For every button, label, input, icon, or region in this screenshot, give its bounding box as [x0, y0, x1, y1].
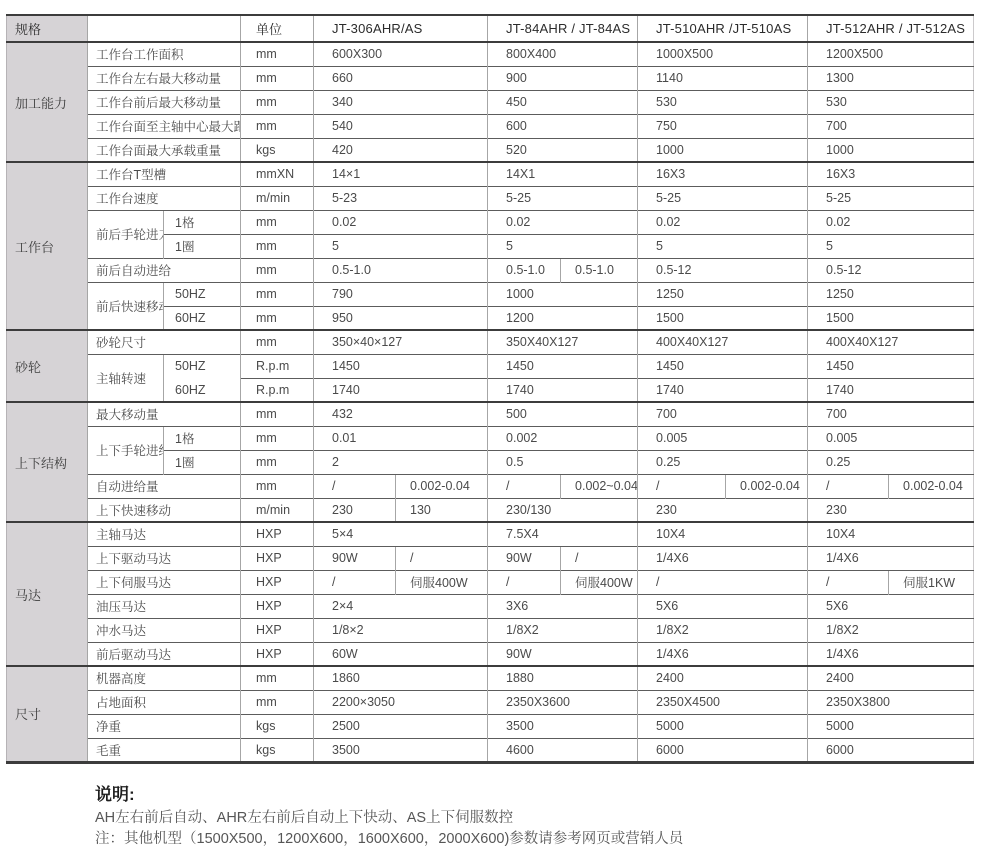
table-row: 净重kgs2500350050005000	[7, 714, 974, 738]
spec-value: 1000X500	[638, 42, 808, 66]
spec-value: 2500	[314, 714, 488, 738]
spec-value: 130	[396, 498, 488, 522]
notes-title: 说明:	[95, 780, 1006, 805]
spec-value: 2400	[638, 666, 808, 690]
spec-value: 530	[808, 90, 974, 114]
unit-value: m/min	[241, 498, 314, 522]
spec-value: 0.02	[808, 210, 974, 234]
row-label: 工作台T型槽	[88, 162, 241, 186]
table-header-row: 规格 单位 JT-306AHR/AS JT-84AHR / JT-84AS JT…	[7, 15, 974, 42]
spec-value: 700	[808, 114, 974, 138]
row-sublabel: 1圈	[164, 234, 241, 258]
unit-value: HXP	[241, 618, 314, 642]
spec-value: 400X40X127	[638, 330, 808, 354]
spec-value: 3500	[314, 738, 488, 762]
row-label: 冲水马达	[88, 618, 241, 642]
table-row: 上下结构最大移动量mm432500700700	[7, 402, 974, 426]
table-row: 自动进给量mm/0.002-0.04/0.002~0.04/0.002-0.04…	[7, 474, 974, 498]
spec-value: 14×1	[314, 162, 488, 186]
spec-value: 950	[314, 306, 488, 330]
spec-value: 790	[314, 282, 488, 306]
spec-value: 伺服400W	[561, 570, 638, 594]
table-row: 前后手轮进刀1格mm0.020.020.020.02	[7, 210, 974, 234]
spec-value: 230	[808, 498, 974, 522]
table-row: 工作台面至主轴中心最大距离mm540600750700	[7, 114, 974, 138]
spec-value: 5-25	[638, 186, 808, 210]
spec-value: 10X4	[808, 522, 974, 546]
spec-value: 0.002-0.04	[726, 474, 808, 498]
table-row: 马达主轴马达HXP5×47.5X410X410X4	[7, 522, 974, 546]
group-label: 工作台	[7, 162, 88, 330]
group-label: 砂轮	[7, 330, 88, 402]
spec-value: 0.002-0.04	[396, 474, 488, 498]
unit-value: mm	[241, 402, 314, 426]
spec-table: 规格 单位 JT-306AHR/AS JT-84AHR / JT-84AS JT…	[6, 14, 974, 764]
spec-value: /	[638, 570, 808, 594]
unit-value: mm	[241, 666, 314, 690]
spec-value: 1740	[488, 378, 638, 402]
spec-value: 0.02	[488, 210, 638, 234]
spec-value: 400X40X127	[808, 330, 974, 354]
spec-value: 1140	[638, 66, 808, 90]
header-model-jt512: JT-512AHR / JT-512AS	[808, 15, 974, 42]
spec-value: 0.25	[638, 450, 808, 474]
unit-value: R.p.m	[241, 378, 314, 402]
spec-value: 450	[488, 90, 638, 114]
unit-value: mm	[241, 114, 314, 138]
row-label: 工作台速度	[88, 186, 241, 210]
spec-value: 5	[488, 234, 638, 258]
unit-value: mm	[241, 690, 314, 714]
spec-value: /	[488, 570, 561, 594]
spec-value: 1860	[314, 666, 488, 690]
row-label: 前后自动进给	[88, 258, 241, 282]
unit-value: HXP	[241, 594, 314, 618]
row-label: 砂轮尺寸	[88, 330, 241, 354]
table-row: 占地面积mm2200×30502350X36002350X45002350X38…	[7, 690, 974, 714]
row-label: 机器高度	[88, 666, 241, 690]
spec-value: 600	[488, 114, 638, 138]
row-sublabel: 60HZ	[164, 378, 241, 402]
unit-value: mm	[241, 258, 314, 282]
row-label: 工作台工作面积	[88, 42, 241, 66]
table-row: 冲水马达HXP1/8×21/8X21/8X21/8X2	[7, 618, 974, 642]
table-row: 工作台左右最大移动量mm66090011401300	[7, 66, 974, 90]
notes-line-2: 注：其他机型（1500X500，1200X600，1600X600，2000X6…	[95, 829, 1006, 851]
notes-line-1: AH左右前后自动、AHR左右前后自动上下快动、AS上下伺服数控	[95, 808, 1006, 830]
spec-value: 1000	[638, 138, 808, 162]
spec-value: 14X1	[488, 162, 638, 186]
spec-value: 1/8X2	[488, 618, 638, 642]
spec-value: 0.02	[314, 210, 488, 234]
spec-value: 420	[314, 138, 488, 162]
spec-value: 4600	[488, 738, 638, 762]
spec-value: 0.5	[488, 450, 638, 474]
spec-value: 1450	[314, 354, 488, 378]
spec-value: 7.5X4	[488, 522, 638, 546]
row-label: 净重	[88, 714, 241, 738]
unit-value: mm	[241, 450, 314, 474]
row-label: 主轴转速	[88, 354, 164, 402]
spec-value: 1740	[638, 378, 808, 402]
spec-value: 0.5-1.0	[561, 258, 638, 282]
unit-value: mm	[241, 66, 314, 90]
spec-value: 1880	[488, 666, 638, 690]
spec-value: 1000	[808, 138, 974, 162]
header-spec-label: 规格	[7, 15, 88, 42]
row-label: 工作台面至主轴中心最大距离	[88, 114, 241, 138]
unit-value: mm	[241, 306, 314, 330]
spec-value: 5-23	[314, 186, 488, 210]
spec-value: 500	[488, 402, 638, 426]
spec-value: 1450	[638, 354, 808, 378]
unit-value: mm	[241, 90, 314, 114]
row-label: 上下手轮进给	[88, 426, 164, 474]
table-row: 毛重kgs3500460060006000	[7, 738, 974, 762]
spec-value: 1200X500	[808, 42, 974, 66]
row-label: 工作台面最大承载重量	[88, 138, 241, 162]
spec-value: 600X300	[314, 42, 488, 66]
spec-value: 0.01	[314, 426, 488, 450]
spec-value: 1250	[808, 282, 974, 306]
spec-value: 1250	[638, 282, 808, 306]
unit-value: R.p.m	[241, 354, 314, 378]
spec-value: 0.5-12	[638, 258, 808, 282]
row-sublabel: 60HZ	[164, 306, 241, 330]
unit-value: mm	[241, 42, 314, 66]
row-sublabel: 50HZ	[164, 282, 241, 306]
table-row: 加工能力工作台工作面积mm600X300800X4001000X5001200X…	[7, 42, 974, 66]
spec-value: 230	[638, 498, 808, 522]
spec-value: 伺服400W	[396, 570, 488, 594]
spec-value: 2350X4500	[638, 690, 808, 714]
unit-value: kgs	[241, 138, 314, 162]
unit-value: m/min	[241, 186, 314, 210]
spec-value: 800X400	[488, 42, 638, 66]
unit-value: HXP	[241, 522, 314, 546]
spec-value: 700	[808, 402, 974, 426]
row-label: 毛重	[88, 738, 241, 762]
spec-value: 520	[488, 138, 638, 162]
spec-value: 2200×3050	[314, 690, 488, 714]
spec-value: 1000	[488, 282, 638, 306]
spec-value: 2400	[808, 666, 974, 690]
row-label: 油压马达	[88, 594, 241, 618]
row-label: 前后驱动马达	[88, 642, 241, 666]
spec-value: 5	[638, 234, 808, 258]
spec-value: 1450	[808, 354, 974, 378]
spec-value: /	[638, 474, 726, 498]
spec-value: 660	[314, 66, 488, 90]
spec-value: 1740	[314, 378, 488, 402]
row-label: 主轴马达	[88, 522, 241, 546]
row-label: 上下伺服马达	[88, 570, 241, 594]
row-label: 上下驱动马达	[88, 546, 241, 570]
group-label: 尺寸	[7, 666, 88, 762]
spec-value: 230/130	[488, 498, 638, 522]
unit-value: mmXN	[241, 162, 314, 186]
spec-value: 1/4X6	[638, 546, 808, 570]
row-label: 占地面积	[88, 690, 241, 714]
spec-value: 900	[488, 66, 638, 90]
spec-value: /	[396, 546, 488, 570]
spec-value: 0.5-1.0	[488, 258, 561, 282]
spec-value: 0.002-0.04	[889, 474, 974, 498]
spec-value: 0.5-12	[808, 258, 974, 282]
table-row: 上下伺服马达HXP/伺服400W/伺服400W//伺服1KW	[7, 570, 974, 594]
spec-value: 5X6	[638, 594, 808, 618]
spec-value: 90W	[488, 642, 638, 666]
spec-value: 0.002~0.04	[561, 474, 638, 498]
spec-value: 1200	[488, 306, 638, 330]
spec-value: /	[561, 546, 638, 570]
unit-value: mm	[241, 426, 314, 450]
group-label: 马达	[7, 522, 88, 666]
row-label: 工作台前后最大移动量	[88, 90, 241, 114]
spec-value: 0.25	[808, 450, 974, 474]
table-row: 上下快速移动m/min230130230/130230230	[7, 498, 974, 522]
table-row: 工作台前后最大移动量mm340450530530	[7, 90, 974, 114]
spec-value: 5-25	[808, 186, 974, 210]
spec-value: 340	[314, 90, 488, 114]
spec-value: 530	[638, 90, 808, 114]
unit-value: mm	[241, 210, 314, 234]
table-row: 主轴转速50HZR.p.m1450145014501450	[7, 354, 974, 378]
spec-value: 0.02	[638, 210, 808, 234]
spec-value: /	[314, 570, 396, 594]
row-sublabel: 1圈	[164, 450, 241, 474]
spec-value: 60W	[314, 642, 488, 666]
spec-value: 6000	[638, 738, 808, 762]
unit-value: kgs	[241, 714, 314, 738]
spec-value: /	[808, 570, 889, 594]
row-label: 自动进给量	[88, 474, 241, 498]
spec-sheet-page: 规格 单位 JT-306AHR/AS JT-84AHR / JT-84AS JT…	[0, 0, 1006, 851]
spec-value: /	[488, 474, 561, 498]
spec-value: 1500	[638, 306, 808, 330]
spec-value: 5X6	[808, 594, 974, 618]
spec-value: 10X4	[638, 522, 808, 546]
table-row: 工作台速度m/min5-235-255-255-25	[7, 186, 974, 210]
spec-value: 5-25	[488, 186, 638, 210]
spec-value: 2	[314, 450, 488, 474]
spec-value: 0.002	[488, 426, 638, 450]
spec-value: 5000	[808, 714, 974, 738]
spec-value: 1/4X6	[808, 642, 974, 666]
header-model-jt510: JT-510AHR /JT-510AS	[638, 15, 808, 42]
spec-value: 700	[638, 402, 808, 426]
spec-value: 5	[808, 234, 974, 258]
header-empty-cell	[88, 15, 241, 42]
spec-value: 1500	[808, 306, 974, 330]
header-model-jt84: JT-84AHR / JT-84AS	[488, 15, 638, 42]
unit-value: HXP	[241, 642, 314, 666]
spec-value: 0.005	[808, 426, 974, 450]
spec-value: 2×4	[314, 594, 488, 618]
header-unit-label: 单位	[241, 15, 314, 42]
unit-value: mm	[241, 330, 314, 354]
spec-value: 540	[314, 114, 488, 138]
header-model-jt306: JT-306AHR/AS	[314, 15, 488, 42]
row-label: 前后快速移动	[88, 282, 164, 330]
row-sublabel: 1格	[164, 210, 241, 234]
spec-value: 2350X3800	[808, 690, 974, 714]
row-label: 上下快速移动	[88, 498, 241, 522]
row-label: 工作台左右最大移动量	[88, 66, 241, 90]
spec-value: 230	[314, 498, 396, 522]
spec-value: 伺服1KW	[889, 570, 974, 594]
spec-value: 1/8×2	[314, 618, 488, 642]
unit-value: mm	[241, 474, 314, 498]
group-label: 上下结构	[7, 402, 88, 522]
spec-value: 1300	[808, 66, 974, 90]
spec-value: 3500	[488, 714, 638, 738]
unit-value: kgs	[241, 738, 314, 762]
table-row: 上下驱动马达HXP90W/90W/1/4X61/4X6	[7, 546, 974, 570]
spec-value: 90W	[488, 546, 561, 570]
spec-value: 5000	[638, 714, 808, 738]
spec-value: 5	[314, 234, 488, 258]
spec-value: 0.005	[638, 426, 808, 450]
spec-value: 1/4X6	[638, 642, 808, 666]
table-row: 前后驱动马达HXP60W90W1/4X61/4X6	[7, 642, 974, 666]
spec-value: 90W	[314, 546, 396, 570]
spec-value: 350×40×127	[314, 330, 488, 354]
table-row: 前后自动进给mm0.5-1.00.5-1.00.5-1.00.5-120.5-1…	[7, 258, 974, 282]
table-row: 前后快速移动50HZmm790100012501250	[7, 282, 974, 306]
spec-value: 5×4	[314, 522, 488, 546]
spec-value: 1/4X6	[808, 546, 974, 570]
spec-value: 3X6	[488, 594, 638, 618]
spec-value: /	[808, 474, 889, 498]
spec-value: 0.5-1.0	[314, 258, 488, 282]
spec-value: 432	[314, 402, 488, 426]
unit-value: mm	[241, 282, 314, 306]
notes-section: 说明: AH左右前后自动、AHR左右前后自动上下快动、AS上下伺服数控 注：其他…	[95, 780, 1006, 852]
table-row: 砂轮砂轮尺寸mm350×40×127350X40X127400X40X12740…	[7, 330, 974, 354]
unit-value: HXP	[241, 546, 314, 570]
table-row: 工作台工作台T型槽mmXN14×114X116X316X3	[7, 162, 974, 186]
spec-value: 16X3	[638, 162, 808, 186]
unit-value: mm	[241, 234, 314, 258]
table-row: 油压马达HXP2×43X65X65X6	[7, 594, 974, 618]
group-label: 加工能力	[7, 42, 88, 162]
spec-value: /	[314, 474, 396, 498]
table-row: 工作台面最大承载重量kgs42052010001000	[7, 138, 974, 162]
row-label: 前后手轮进刀	[88, 210, 164, 258]
table-row: 上下手轮进给1格mm0.010.0020.0050.005	[7, 426, 974, 450]
row-label: 最大移动量	[88, 402, 241, 426]
unit-value: HXP	[241, 570, 314, 594]
spec-value: 1/8X2	[638, 618, 808, 642]
spec-value: 750	[638, 114, 808, 138]
spec-value: 1740	[808, 378, 974, 402]
row-sublabel: 50HZ	[164, 354, 241, 378]
spec-value: 2350X3600	[488, 690, 638, 714]
spec-value: 350X40X127	[488, 330, 638, 354]
row-sublabel: 1格	[164, 426, 241, 450]
table-row: 尺寸机器高度mm1860188024002400	[7, 666, 974, 690]
spec-value: 1450	[488, 354, 638, 378]
spec-value: 16X3	[808, 162, 974, 186]
spec-value: 1/8X2	[808, 618, 974, 642]
spec-value: 6000	[808, 738, 974, 762]
